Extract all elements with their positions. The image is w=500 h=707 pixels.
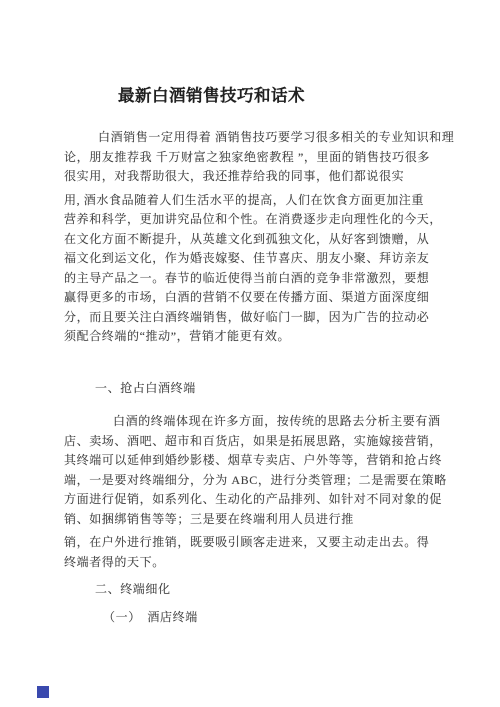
text-line: 在文化方面不断提升，从英雄文化到孤独文化，从好客到馈赠，从 [64, 230, 446, 250]
text-line: 其终端可以延伸到婚纱影楼、烟草专卖店、户外等等，营销和抢占终 [64, 451, 446, 471]
text-line: 方面进行促销，如系列化、生动化的产品排列、如针对不同对象的促 [64, 490, 446, 510]
text-line: 须配合终端的“推动”，营销才能更有效。 [64, 327, 446, 347]
paragraph: 白酒销售一定用得着 酒销售技巧要学习很多相关的专业知识和理论，朋友推荐我 千万财… [64, 128, 446, 187]
text-line: 很实用，对我帮助很大，我还推荐给我的同事，他们都说很实 [64, 167, 446, 187]
text-line: 一、抢占白酒终端 [95, 379, 446, 399]
document-content: 最新白酒销售技巧和话术白酒销售一定用得着 酒销售技巧要学习很多相关的专业知识和理… [64, 85, 446, 627]
section-heading: 一、抢占白酒终端 [95, 379, 446, 399]
document-title: 最新白酒销售技巧和话术 [118, 85, 446, 107]
paragraph: 用, 酒水食品随着人们生活水平的提高，人们在饮食方面更加注重营养和科学，更加讲究… [64, 191, 446, 347]
paragraph: 白酒的终端体现在许多方面，按传统的思路去分析主要有酒店、卖场、酒吧、超市和百货店… [64, 412, 446, 529]
text-line: 终端者得的天下。 [64, 553, 446, 573]
text-line: 分，而且要关注白酒终端销售，做好临门一脚，因为广告的拉动必 [64, 308, 446, 328]
text-line: （一） 酒店终端 [103, 608, 446, 628]
text-line: 销、如捆绑销售等等；三是要在终端利用人员进行推 [64, 510, 446, 530]
text-line: 端，一是要对终端细分，分为 ABC，进行分类管理；二是需要在策略 [64, 471, 446, 491]
corner-mark-square [37, 686, 49, 698]
paragraph: 销，在户外进行推销，既要吸引顾客走进来，又要主动走出去。得终端者得的天下。 [64, 533, 446, 572]
text-line: 营养和科学，更加讲究品位和个性。在消费逐步走向理性化的今天， [64, 210, 446, 230]
text-line: 福文化到运文化，作为婚丧嫁娶、佳节喜庆、朋友小聚、拜访亲友 [64, 249, 446, 269]
section-heading: 二、终端细化 [95, 580, 446, 600]
text-line: 白酒的终端体现在许多方面，按传统的思路去分析主要有酒 [64, 412, 446, 432]
text-line: 的主导产品之一。春节的临近使得当前白酒的竞争非常激烈，要想 [64, 269, 446, 289]
text-line: 二、终端细化 [95, 580, 446, 600]
text-line: 论，朋友推荐我 千万财富之独家绝密教程 ”，里面的销售技巧很多 [64, 148, 446, 168]
document-page: 最新白酒销售技巧和话术白酒销售一定用得着 酒销售技巧要学习很多相关的专业知识和理… [0, 0, 500, 707]
text-line: 赢得更多的市场，白酒的营销不仅要在传播方面、渠道方面深度细 [64, 288, 446, 308]
section-heading: （一） 酒店终端 [103, 608, 446, 628]
text-line: 最新白酒销售技巧和话术 [118, 85, 446, 107]
text-line: 白酒销售一定用得着 酒销售技巧要学习很多相关的专业知识和理 [64, 128, 446, 148]
text-line: 用, 酒水食品随着人们生活水平的提高，人们在饮食方面更加注重 [64, 191, 446, 211]
text-line: 销，在户外进行推销，既要吸引顾客走进来，又要主动走出去。得 [64, 533, 446, 553]
text-line: 店、卖场、酒吧、超市和百货店，如果是拓展思路，实施嫁接营销， [64, 432, 446, 452]
